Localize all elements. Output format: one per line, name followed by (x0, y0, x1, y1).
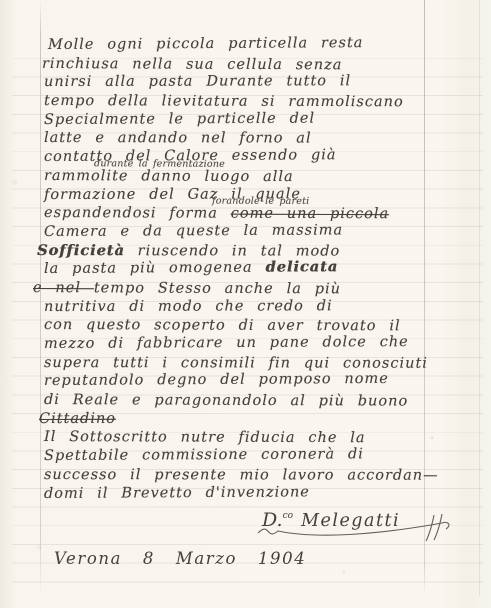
letter-body: Molle ogni piccola particella restarinch… (44, 36, 464, 503)
handwritten-line: Spettabile commissione coronerà di (44, 445, 464, 466)
handwritten-line: domi il Brevetto d'invenzione (44, 482, 464, 503)
handwritten-text: riuscendo in tal modo (125, 243, 340, 259)
left-fold-line (40, 0, 41, 596)
handwritten-text: delicata (265, 258, 338, 275)
handwritten-text: di Reale e paragonandolo al più buono (44, 392, 408, 410)
handwritten-line: Cittadino (39, 409, 464, 429)
handwritten-text: con questo scoperto di aver trovato il (44, 317, 401, 334)
handwritten-text: reputandolo degno del pomposo nome (44, 371, 389, 389)
handwritten-text: latte e andando nel forno al (44, 130, 312, 146)
handwritten-line: Camera e da queste la massima (44, 221, 464, 242)
signature-superscript: co (283, 511, 293, 521)
handwritten-line: Molle ogni piccola particella resta (48, 33, 464, 54)
place-and-date: Verona 8 Marzo 1904 (54, 549, 306, 568)
handwritten-text: Camera e da queste la massima (44, 222, 343, 240)
handwritten-text: la pasta più omogenea (44, 260, 266, 277)
handwritten-text: rinchiusa nella sua cellula senza (42, 56, 342, 73)
handwritten-text: supera tutti i consimili fin qui conosci… (44, 355, 428, 372)
signature-initial: D. (262, 509, 283, 531)
handwritten-line: la pasta più omogenea delicata (44, 258, 464, 279)
handwritten-text: Specialmente le particelle del (44, 110, 315, 127)
struck-text: come una piccola (231, 206, 389, 223)
handwritten-line: unirsi alla pasta Durante tutto il (44, 72, 464, 92)
handwritten-text: Spettabile commissione coronerà di (44, 446, 364, 464)
handwritten-text: domi il Brevetto d'invenzione (44, 484, 310, 502)
handwritten-text: tempo Stesso anche la più (94, 280, 341, 297)
interline-insertion: durante la fermentazione (94, 159, 225, 170)
handwritten-line: nutritiva di modo che credo di (44, 297, 464, 317)
handwritten-text: unirsi alla pasta Durante tutto il (44, 74, 351, 91)
handwritten-text: successo il presente mio lavoro accordan… (44, 467, 439, 484)
signature: D.coMelegatti (262, 509, 467, 545)
interline-insertion: forandole le pareti (212, 197, 309, 207)
handwritten-text: tempo della lievitatura si rammoliscano (44, 93, 404, 110)
handwritten-line: Specialmente le particelle del (44, 109, 464, 130)
handwritten-text: rammolite danno luogo alla (44, 168, 294, 185)
handwritten-text: nutritiva di modo che credo di (44, 298, 333, 315)
scanned-letter-page: Molle ogni piccola particella restarinch… (0, 0, 491, 608)
handwritten-text: Sofficietà (37, 242, 125, 259)
handwritten-line: mezzo di fabbricare un pane dolce che (44, 333, 464, 354)
signature-surname: Melegatti (301, 511, 400, 531)
handwritten-text: Il Sottoscritto nutre fiducia che la (44, 429, 366, 446)
handwritten-text: espandendosi forma (44, 205, 231, 222)
struck-text: Cittadino (39, 411, 116, 427)
page-edge-line (479, 0, 480, 596)
handwritten-line: reputandolo degno del pomposo nome (44, 370, 464, 391)
struck-text: e nel (33, 280, 94, 296)
handwritten-text: mezzo di fabbricare un pane dolce che (44, 334, 409, 352)
handwritten-text: Molle ogni piccola particella resta (48, 35, 363, 53)
